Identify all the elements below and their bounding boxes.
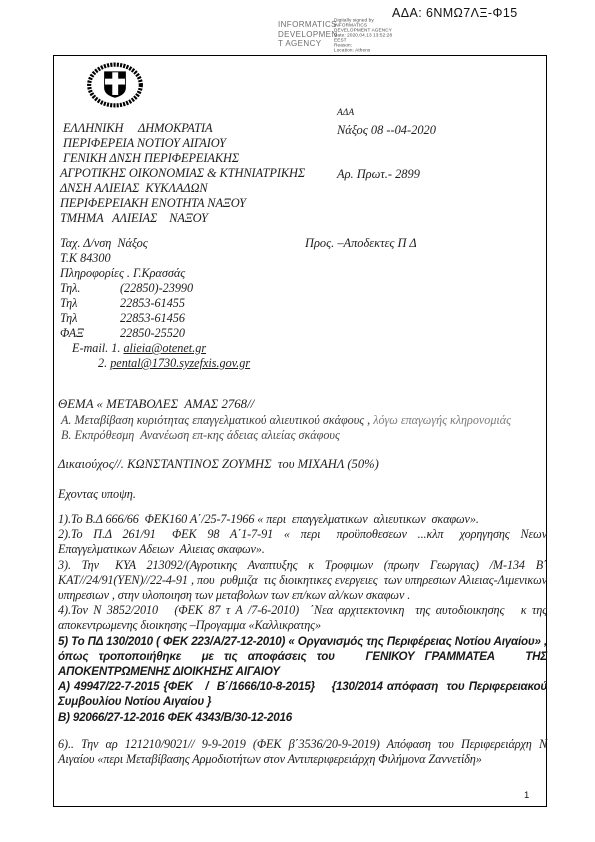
phone-label: Τηλ. (60, 281, 120, 296)
subject-line-a-suffix: λόγω επαγωγής κληρονομιάς (370, 413, 511, 427)
legal-reference-item: 2).Το Π.Δ 261/91 ΦΕΚ 98 Α΄1-7-91 « περι … (58, 527, 547, 557)
page-number: 1 (524, 790, 529, 801)
email1-label: E-mail. 1. (72, 341, 123, 355)
legal-reference-item: 6).. Την αρ 121210/9021// 9-9-2019 (ΦΕΚ … (58, 737, 547, 767)
org-line: ΠΕΡΙΦΕΡΕΙΑΚΗ ΕΝΟΤΗΤΑ ΝΑΞΟΥ (60, 196, 305, 211)
org-line: ΓΕΝΙΚΗ ΔΝΣΗ ΠΕΡΙΦΕΡΕΙΑΚΗΣ (60, 151, 305, 166)
email1-link[interactable]: alieia@otenet.gr (123, 341, 206, 355)
email2-label: 2. (98, 356, 110, 370)
phone-row: ΦΑΞ 22850-25520 (60, 326, 250, 341)
subject-title: ΘΕΜΑ « ΜΕΤΑΒΟΛΕΣ ΑΜΑΣ 2768// (58, 397, 254, 412)
org-line: ΑΓΡΟΤΙΚΗΣ ΟΙΚΟΝΟΜΙΑΣ & ΚΤΗΝΙΑΤΡΙΚΗΣ (60, 166, 305, 181)
phone-label: ΦΑΞ (60, 326, 120, 341)
recipient-line: Προς. –Αποδεκτες Π Δ (305, 236, 417, 251)
beneficiary-line: Δικαιούχος//. ΚΩΝΣΤΑΝΤΙΝΟΣ ΖΟΥΜΗΣ του ΜΙ… (58, 457, 379, 472)
signature-agency-line: DEVELOPMEN (278, 30, 338, 40)
phone-number: (22850)-23990 (120, 281, 193, 296)
email2-link[interactable]: pental@1730.syzefxis.gov.gr (110, 356, 250, 370)
contact-block: Ταχ. Δ/νση Νάξος Τ.Κ 84300 Πληροφορίες .… (60, 236, 250, 371)
legal-reference-item: 1).Το Β.Δ 666/66 ΦΕΚ160 Α΄/25-7-1966 « π… (58, 512, 547, 527)
legal-references-list: 1).Το Β.Δ 666/66 ΦΕΚ160 Α΄/25-7-1966 « π… (58, 512, 547, 767)
having-regard-line: Εχοντας υποψη. (58, 487, 136, 502)
email-row-2: 2. pental@1730.syzefxis.gov.gr (60, 356, 250, 371)
subject-line-a: Α. Μεταβίβαση κυριότητας επαγγελματικού … (58, 413, 511, 428)
phone-number: 22853-61456 (120, 311, 185, 326)
email-row-1: E-mail. 1. alieia@otenet.gr (60, 341, 250, 356)
signature-detail-line: Location: Athens (334, 48, 446, 53)
org-line: ΤΜΗΜΑ ΑΛΙΕΙΑΣ ΝΑΞΟΥ (60, 211, 305, 226)
org-line: ΔΝΣΗ ΑΛΙΕΙΑΣ ΚΥΚΛΑΔΩΝ (60, 181, 305, 196)
place-date: Νάξος 08 --04-2020 (337, 123, 436, 138)
phone-number: 22853-61455 (120, 296, 185, 311)
subject-line-a-main: Α. Μεταβίβαση κυριότητας επαγγελματικού … (58, 413, 370, 427)
phone-label: Τηλ (60, 311, 120, 326)
legal-reference-item: Α) 49947/22-7-2015 {ΦΕΚ / Β΄/1666/10-8-2… (58, 679, 547, 709)
legal-reference-item: 4).Τον Ν 3852/2010 (ΦΕΚ 87 τ Α /7-6-2010… (58, 603, 547, 633)
signature-agency-line: T AGENCY (278, 39, 338, 49)
legal-reference-item: 5) Το ΠΔ 130/2010 ( ΦΕΚ 223/Α/27-12-2010… (58, 634, 547, 680)
phone-number: 22850-25520 (120, 326, 185, 341)
signature-agency-line: INFORMATICS (278, 20, 338, 30)
phone-label: Τηλ (60, 296, 120, 311)
signature-agency-label: INFORMATICSDEVELOPMENT AGENCY (278, 20, 338, 49)
protocol-number: Αρ. Πρωτ.- 2899 (337, 167, 420, 182)
ada-small-label: ΑΔΑ (337, 108, 354, 118)
digital-signature-stamp: Digitally signed byINFORMATICSDEVELOPMEN… (334, 18, 446, 53)
contact-address: Ταχ. Δ/νση Νάξος (60, 236, 250, 251)
org-line: ΠΕΡΙΦΕΡΕΙΑ ΝΟΤΙΟΥ ΑΙΓΑΙΟΥ (60, 136, 305, 151)
document-page: ΑΔΑ: 6NMΩ7ΛΞ-Φ15 INFORMATICSDEVELOPMENT … (0, 0, 595, 842)
letterhead-org-block: ΕΛΛΗΝΙΚΗ ΔΗΜΟΚΡΑΤΙΑ ΠΕΡΙΦΕΡΕΙΑ ΝΟΤΙΟΥ ΑΙ… (60, 121, 305, 226)
subject-line-b: Β. Εκπρόθεσμη Ανανέωση επ-κης άδειας αλι… (58, 428, 340, 443)
contact-postal-code: Τ.Κ 84300 (60, 251, 250, 266)
contact-info-person: Πληροφορίες . Γ.Κρασσάς (60, 266, 250, 281)
legal-reference-item: Β) 92066/27-12-2016 ΦΕΚ 4343/Β/30-12-201… (58, 710, 547, 725)
legal-reference-item: 3). Την ΚΥΑ 213092/(Αγροτικης Αναπτυξης … (58, 558, 547, 604)
org-line: ΕΛΛΗΝΙΚΗ ΔΗΜΟΚΡΑΤΙΑ (60, 121, 305, 136)
phone-row: Τηλ. (22850)-23990 (60, 281, 250, 296)
phone-row: Τηλ 22853-61455 (60, 296, 250, 311)
phone-row: Τηλ 22853-61456 (60, 311, 250, 326)
greek-emblem-icon (86, 62, 144, 108)
